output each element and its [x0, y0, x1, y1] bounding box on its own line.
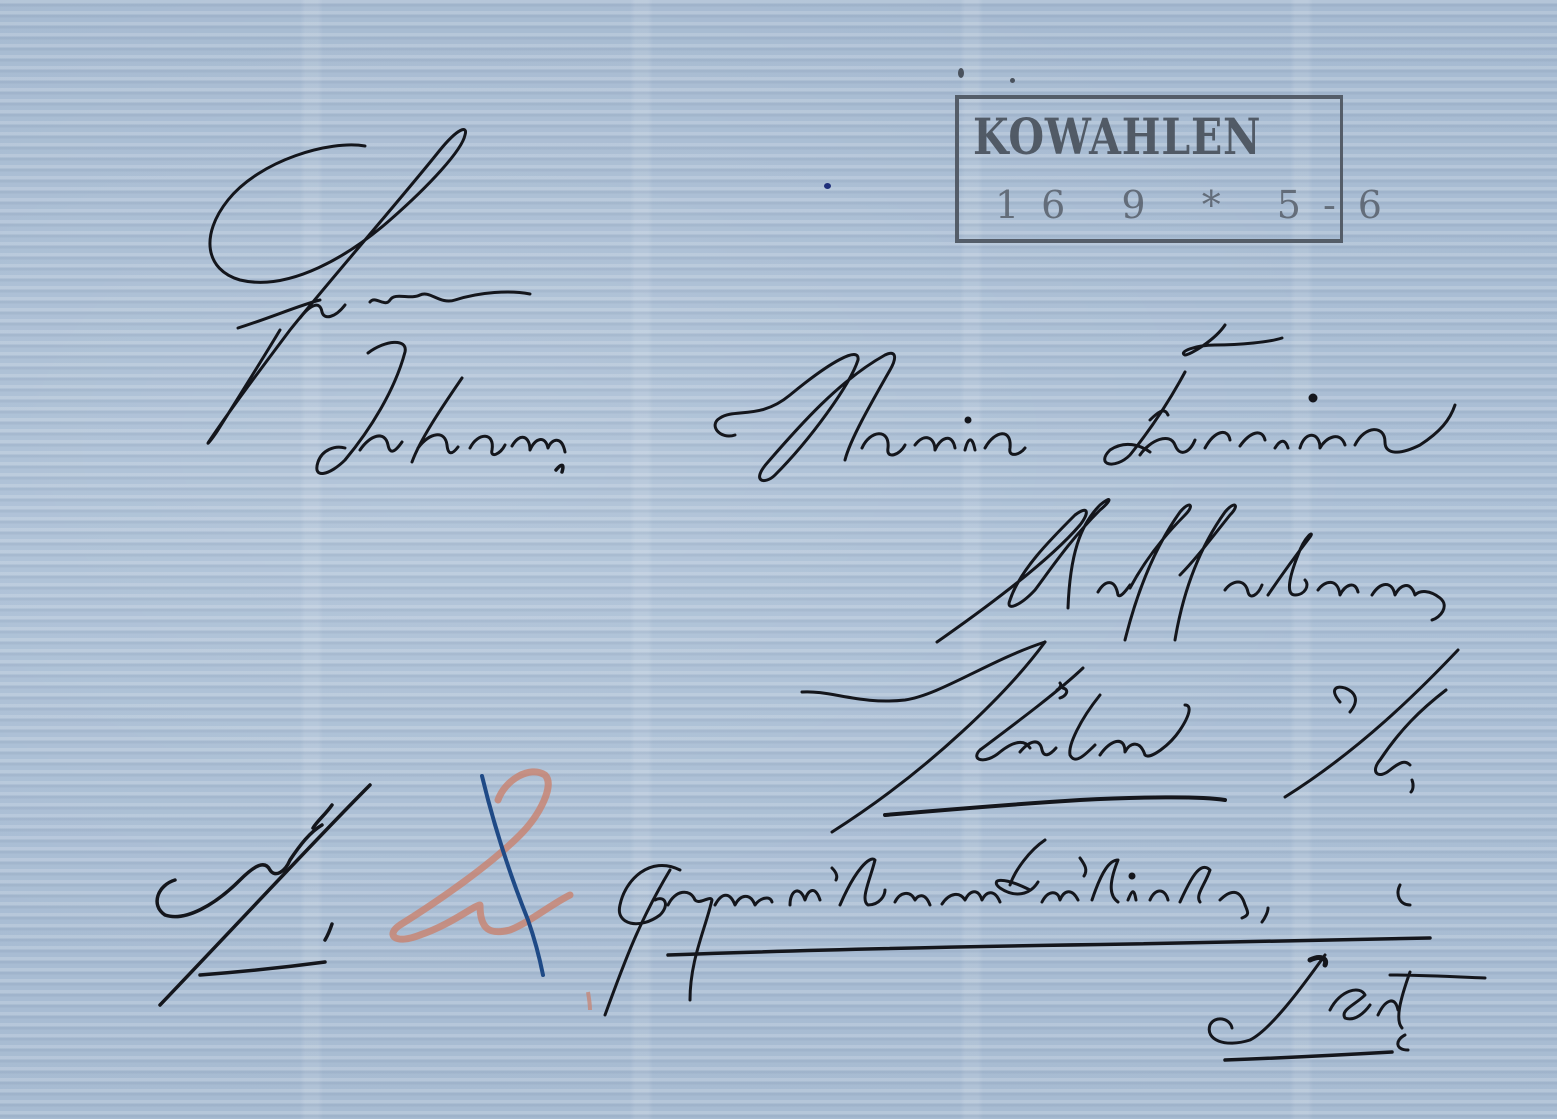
name-johann-script	[317, 342, 565, 473]
street-line-1-script	[605, 840, 1430, 1015]
handwriting-layer	[0, 0, 1557, 1119]
city-koeln-script	[802, 642, 1458, 832]
franco-marking-script	[157, 785, 370, 1005]
street-line-2-script	[1209, 955, 1485, 1060]
postal-cover: KOWAHLEN 16 9 * 5-6 Herrn Johann Maria F…	[0, 0, 1557, 1119]
red-crayon-tick	[588, 992, 590, 1010]
blue-crayon-stroke	[482, 776, 543, 975]
name-farina-script	[1105, 325, 1455, 464]
red-crayon-two	[393, 772, 570, 939]
name-maria-script	[715, 353, 1025, 480]
occupation-wasserbrenner-script	[937, 500, 1444, 642]
salutation-herrn-script	[208, 130, 530, 444]
